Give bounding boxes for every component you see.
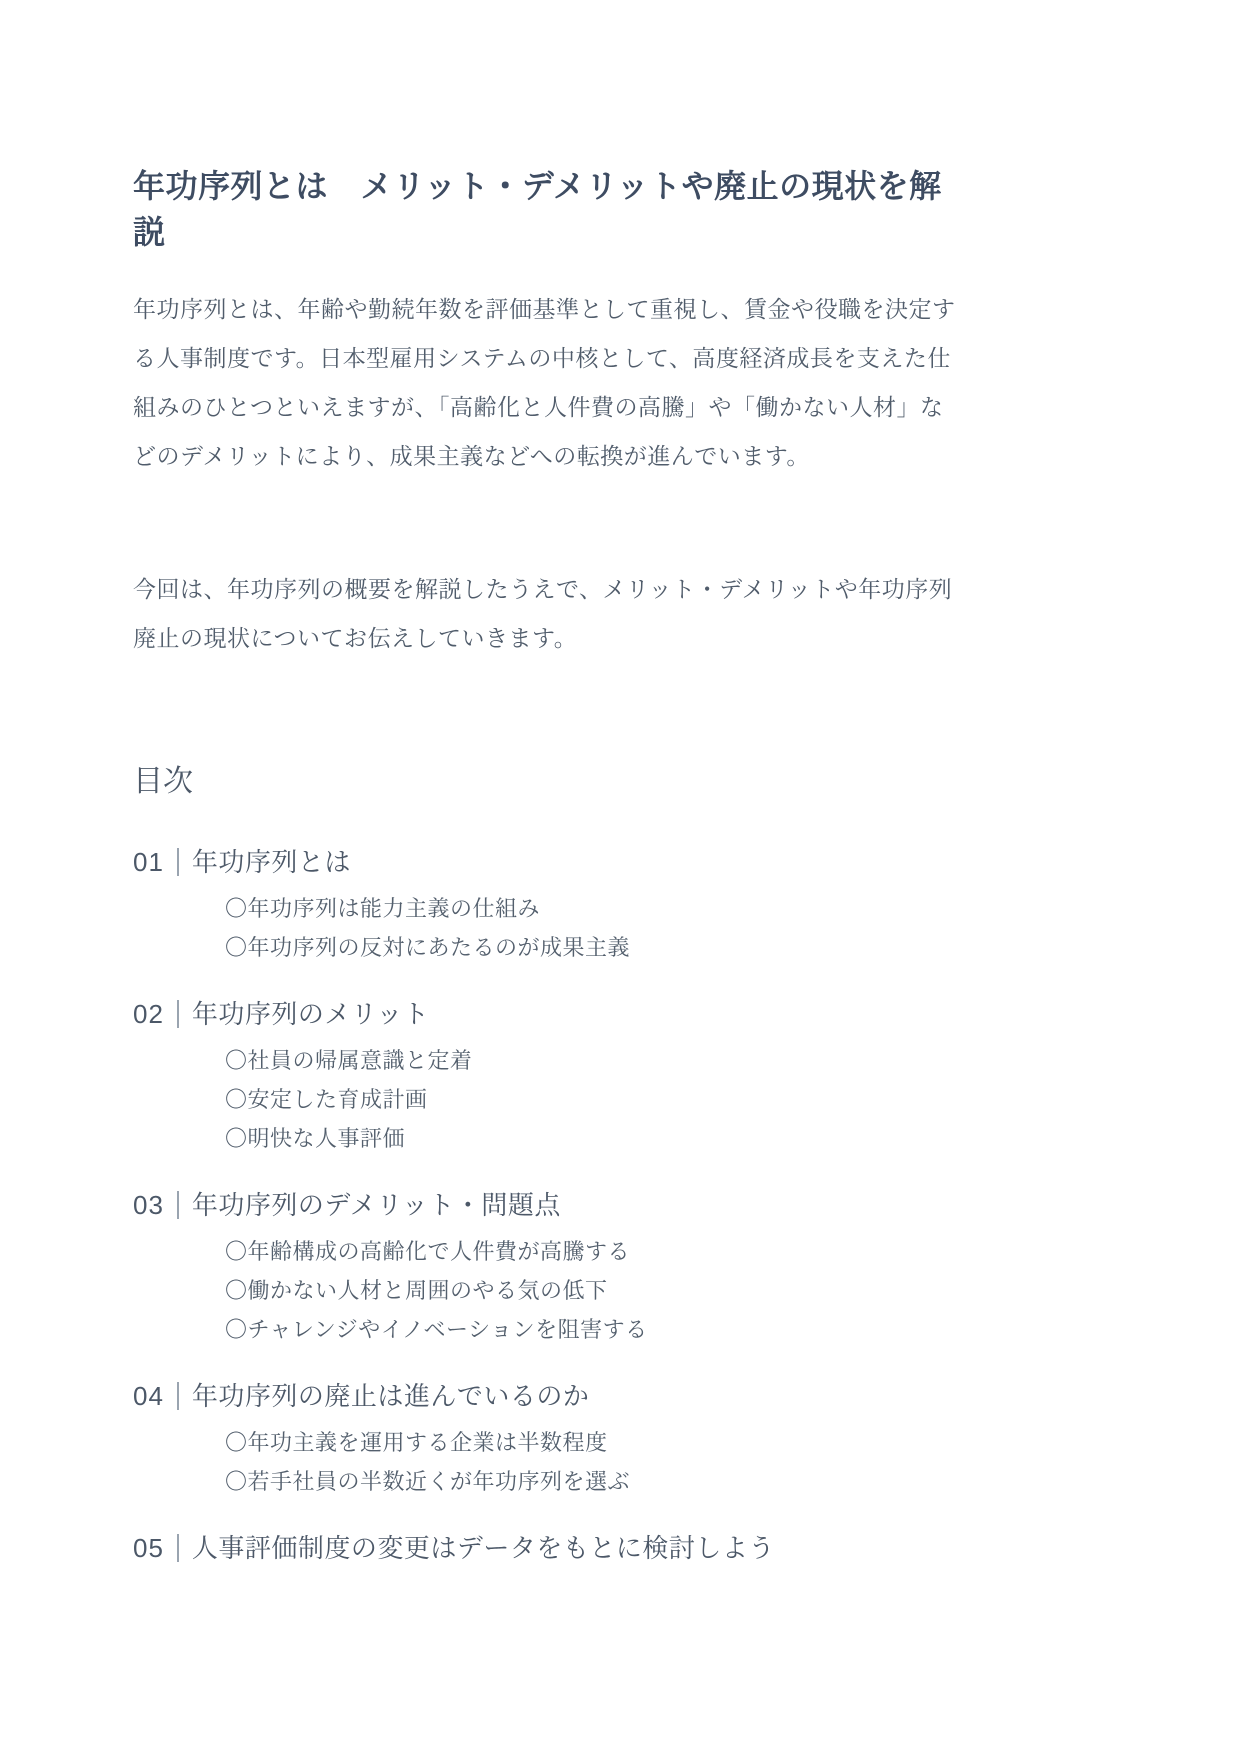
table-of-contents: 01 年功序列とは 〇年功序列は能力主義の仕組み 〇年功序列の反対にあたるのが成… xyxy=(133,842,965,1568)
toc-subitem-list: 〇年功主義を運用する企業は半数程度 〇若手社員の半数近くが年功序列を選ぶ xyxy=(133,1423,965,1501)
toc-item-05: 05 人事評価制度の変更はデータをもとに検討しよう xyxy=(133,1528,965,1568)
toc-item-number: 01 xyxy=(133,842,164,882)
page-title: 年功序列とは メリット・デメリットや廃止の現状を解説 xyxy=(133,163,965,255)
toc-subitem-link[interactable]: 〇社員の帰属意識と定着 xyxy=(225,1041,965,1080)
toc-item-label: 年功序列のデメリット・問題点 xyxy=(192,1185,561,1225)
toc-subitem-list: 〇年齢構成の高齢化で人件費が高騰する 〇働かない人材と周囲のやる気の低下 〇チャ… xyxy=(133,1232,965,1349)
toc-item-number: 03 xyxy=(133,1185,164,1225)
toc-item-label: 年功序列のメリット xyxy=(192,994,429,1034)
toc-subitem-link[interactable]: 〇明快な人事評価 xyxy=(225,1119,965,1158)
toc-subitem-link[interactable]: 〇安定した育成計画 xyxy=(225,1080,965,1119)
toc-subitem-link[interactable]: 〇年齢構成の高齢化で人件費が高騰する xyxy=(225,1232,965,1271)
toc-item-01: 01 年功序列とは 〇年功序列は能力主義の仕組み 〇年功序列の反対にあたるのが成… xyxy=(133,842,965,967)
toc-item-number: 02 xyxy=(133,994,164,1034)
toc-item-label: 年功序列の廃止は進んでいるのか xyxy=(192,1376,590,1416)
toc-subitem-link[interactable]: 〇年功序列の反対にあたるのが成果主義 xyxy=(225,928,965,967)
toc-item-divider xyxy=(177,1191,179,1219)
toc-item-divider xyxy=(177,1382,179,1410)
toc-subitem-list: 〇社員の帰属意識と定着 〇安定した育成計画 〇明快な人事評価 xyxy=(133,1041,965,1158)
toc-subitem-link[interactable]: 〇若手社員の半数近くが年功序列を選ぶ xyxy=(225,1462,965,1501)
toc-item-03: 03 年功序列のデメリット・問題点 〇年齢構成の高齢化で人件費が高騰する 〇働か… xyxy=(133,1185,965,1349)
intro-paragraph-1: 年功序列とは、年齢や勤続年数を評価基準として重視し、賃金や役職を決定する人事制度… xyxy=(133,285,965,481)
toc-item-number: 05 xyxy=(133,1528,164,1568)
toc-item-04-link[interactable]: 04 年功序列の廃止は進んでいるのか xyxy=(133,1376,965,1416)
toc-item-divider xyxy=(177,1000,179,1028)
toc-item-divider xyxy=(177,848,179,876)
toc-item-label: 人事評価制度の変更はデータをもとに検討しよう xyxy=(192,1528,775,1568)
toc-subitem-link[interactable]: 〇年功主義を運用する企業は半数程度 xyxy=(225,1423,965,1462)
toc-subitem-link[interactable]: 〇年功序列は能力主義の仕組み xyxy=(225,889,965,928)
toc-subitem-list: 〇年功序列は能力主義の仕組み 〇年功序列の反対にあたるのが成果主義 xyxy=(133,889,965,967)
toc-item-02-link[interactable]: 02 年功序列のメリット xyxy=(133,994,965,1034)
toc-subitem-link[interactable]: 〇働かない人材と周囲のやる気の低下 xyxy=(225,1271,965,1310)
toc-heading: 目次 xyxy=(133,760,965,804)
toc-item-02: 02 年功序列のメリット 〇社員の帰属意識と定着 〇安定した育成計画 〇明快な人… xyxy=(133,994,965,1158)
toc-item-divider xyxy=(177,1534,179,1562)
toc-item-05-link[interactable]: 05 人事評価制度の変更はデータをもとに検討しよう xyxy=(133,1528,965,1568)
toc-item-label: 年功序列とは xyxy=(192,842,351,882)
intro-paragraph-2: 今回は、年功序列の概要を解説したうえで、メリット・デメリットや年功序列廃止の現状… xyxy=(133,565,965,663)
toc-item-03-link[interactable]: 03 年功序列のデメリット・問題点 xyxy=(133,1185,965,1225)
toc-item-04: 04 年功序列の廃止は進んでいるのか 〇年功主義を運用する企業は半数程度 〇若手… xyxy=(133,1376,965,1501)
document-page: 年功序列とは メリット・デメリットや廃止の現状を解説 年功序列とは、年齢や勤続年… xyxy=(0,0,1098,1568)
toc-item-01-link[interactable]: 01 年功序列とは xyxy=(133,842,965,882)
toc-subitem-link[interactable]: 〇チャレンジやイノベーションを阻害する xyxy=(225,1310,965,1349)
toc-item-number: 04 xyxy=(133,1376,164,1416)
